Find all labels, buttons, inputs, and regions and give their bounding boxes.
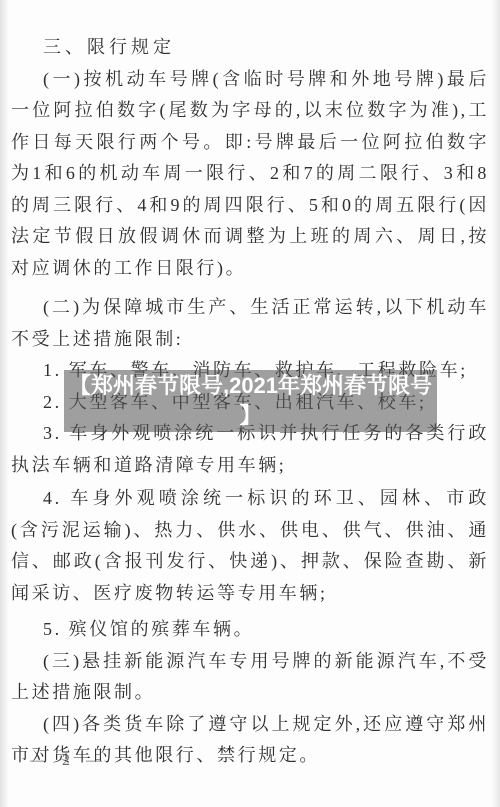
paragraph-rule-1: (一)按机动车号牌(含临时号牌和外地号牌)最后一位阿拉伯数字(尾数为字母的,以末… [11,64,489,285]
paragraph-rule-3: (三)悬挂新能源汽车专用号牌的新能源汽车,不受上述措施限制。 [11,646,489,709]
list-item-exempt-4: 4. 车身外观喷涂统一标识的环卫、园林、市政(含污泥运输)、热力、供水、供电、供… [11,483,489,609]
watermark-overlay: 【郑州春节限号,2021年郑州春节限号 】 [64,370,437,432]
page-number: — 2 — [30,752,108,770]
watermark-title-line2: 】 [64,401,437,431]
section-heading: 三、限行规定 [11,32,489,64]
paragraph-rule-2: (二)为保障城市生产、生活正常运转,以下机动车不受上述措施限制: [11,292,489,355]
scanned-document-page: 三、限行规定 (一)按机动车号牌(含临时号牌和外地号牌)最后一位阿拉伯数字(尾数… [0,0,500,807]
list-item-exempt-5: 5. 殡仪馆的殡葬车辆。 [11,614,489,646]
watermark-title-line1: 【郑州春节限号,2021年郑州春节限号 [64,371,437,401]
